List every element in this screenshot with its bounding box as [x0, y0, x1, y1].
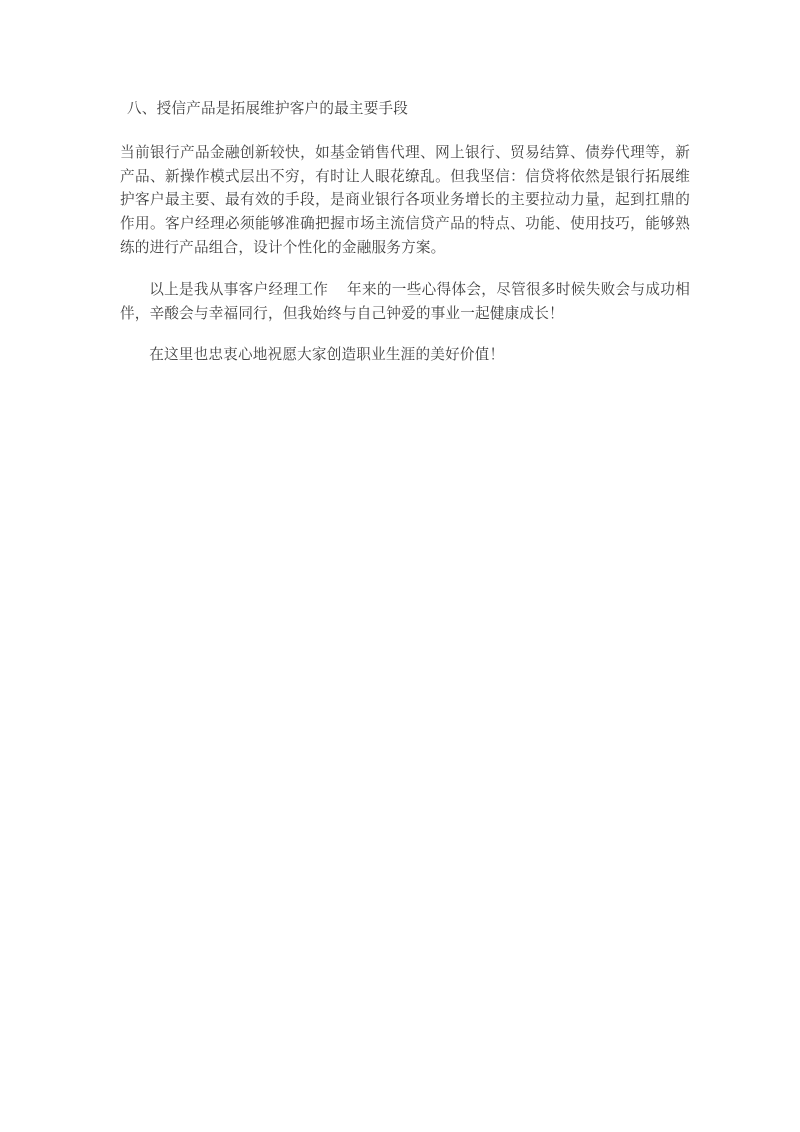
section-heading: 八、授信产品是拓展维护客户的最主要手段 — [120, 98, 690, 122]
paragraph: 以上是我从事客户经理工作 年来的一些心得体会，尽管很多时候失败会与成功相伴，辛酸… — [120, 279, 690, 327]
document-content: 八、授信产品是拓展维护客户的最主要手段 当前银行产品金融创新较快，如基金销售代理… — [120, 98, 690, 386]
paragraph: 当前银行产品金融创新较快，如基金销售代理、网上银行、贸易结算、债券代理等，新产品… — [120, 142, 690, 261]
paragraph: 在这里也忠衷心地祝愿大家创造职业生涯的美好价值！ — [120, 344, 690, 368]
document-page: 八、授信产品是拓展维护客户的最主要手段 当前银行产品金融创新较快，如基金销售代理… — [0, 0, 800, 1132]
